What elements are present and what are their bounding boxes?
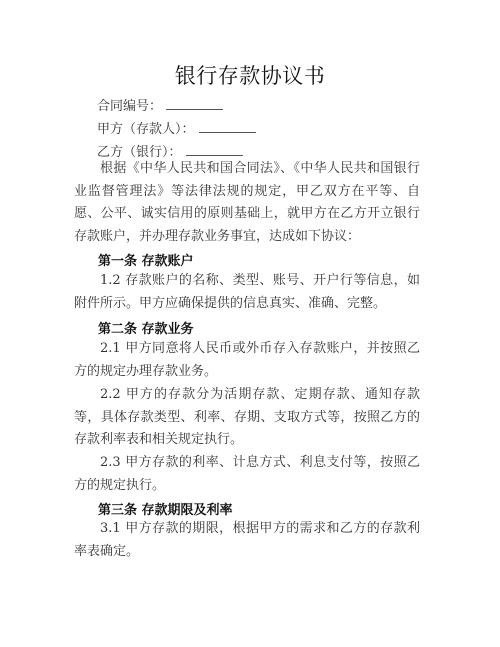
section-2-heading: 第二条 存款业务 xyxy=(98,318,194,337)
contract-number-field: 合同编号： xyxy=(97,95,223,114)
document-title: 银行存款协议书 xyxy=(0,60,500,90)
clause-1-2: 1.2 存款账户的名称、类型、账号、开户行等信息，如附件所示。甲方应确保提供的信… xyxy=(74,270,420,315)
section-1-heading: 第一条 存款账户 xyxy=(98,250,194,269)
clause-2-3: 2.3 甲方存款的利率、计息方式、利息支付等，按照乙方的规定执行。 xyxy=(74,452,420,497)
field-label: 合同编号： xyxy=(97,99,162,114)
clause-2-1: 2.1 甲方同意将人民币或外币存入存款账户，并按照乙方的规定办理存款业务。 xyxy=(74,338,420,383)
field-label: 甲方（存款人）： xyxy=(97,122,195,137)
party-b-blank xyxy=(186,145,243,156)
clause-3-1: 3.1 甲方存款的期限，根据甲方的需求和乙方的存款利率表确定。 xyxy=(74,518,420,563)
contract-number-blank xyxy=(166,99,223,110)
clause-2-2: 2.2 甲方的存款分为活期存款、定期存款、通知存款等，具体存款类型、利率、存期、… xyxy=(74,384,420,452)
party-a-blank xyxy=(199,122,256,133)
section-3-heading: 第三条 存款期限及利率 xyxy=(98,499,233,518)
party-a-field: 甲方（存款人）： xyxy=(97,118,256,137)
preamble-paragraph: 根据《中华人民共和国合同法》、《中华人民共和国银行业监督管理法》等法律法规的规定… xyxy=(74,158,420,248)
